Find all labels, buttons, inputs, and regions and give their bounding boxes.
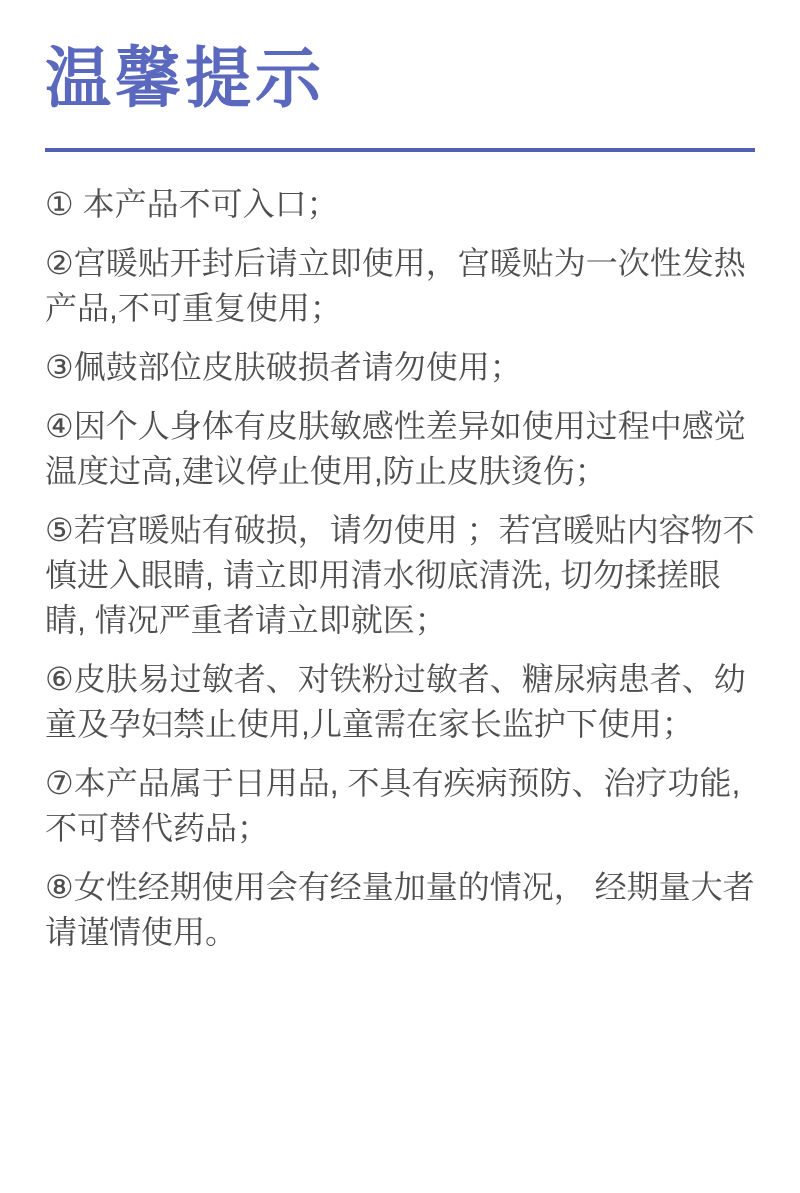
notice-item-2: ②宫暖贴开封后请立即使用，宫暖贴为一次性发热产品,不可重复使用； [45, 241, 755, 331]
title-divider [45, 148, 755, 152]
page-title: 温馨提示 [45, 42, 755, 114]
notice-item-7: ⑦本产品属于日用品, 不具有疾病预防、治疗功能, 不可替代药品； [45, 761, 755, 851]
notice-item-1: ① 本产品不可入口； [45, 182, 755, 227]
notice-item-4: ④因个人身体有皮肤敏感性差异如使用过程中感觉温度过高,建议停止使用,防止皮肤烫伤… [45, 404, 755, 494]
notice-item-3: ③佩鼓部位皮肤破损者请勿使用； [45, 345, 755, 390]
notice-item-5: ⑤若宫暖贴有破损，请勿使用 ；若宫暖贴内容物不慎进入眼睛, 请立即用清水彻底清洗… [45, 508, 755, 643]
notice-item-8: ⑧女性经期使用会有经量加量的情况， 经期量大者请谨情使用。 [45, 865, 755, 955]
notice-list: ① 本产品不可入口； ②宫暖贴开封后请立即使用，宫暖贴为一次性发热产品,不可重复… [45, 182, 755, 955]
notice-item-6: ⑥皮肤易过敏者、对铁粉过敏者、糖尿病患者、幼童及孕妇禁止使用,儿童需在家长监护下… [45, 657, 755, 747]
warm-tips-page: 温馨提示 ① 本产品不可入口； ②宫暖贴开封后请立即使用，宫暖贴为一次性发热产品… [0, 0, 800, 1193]
